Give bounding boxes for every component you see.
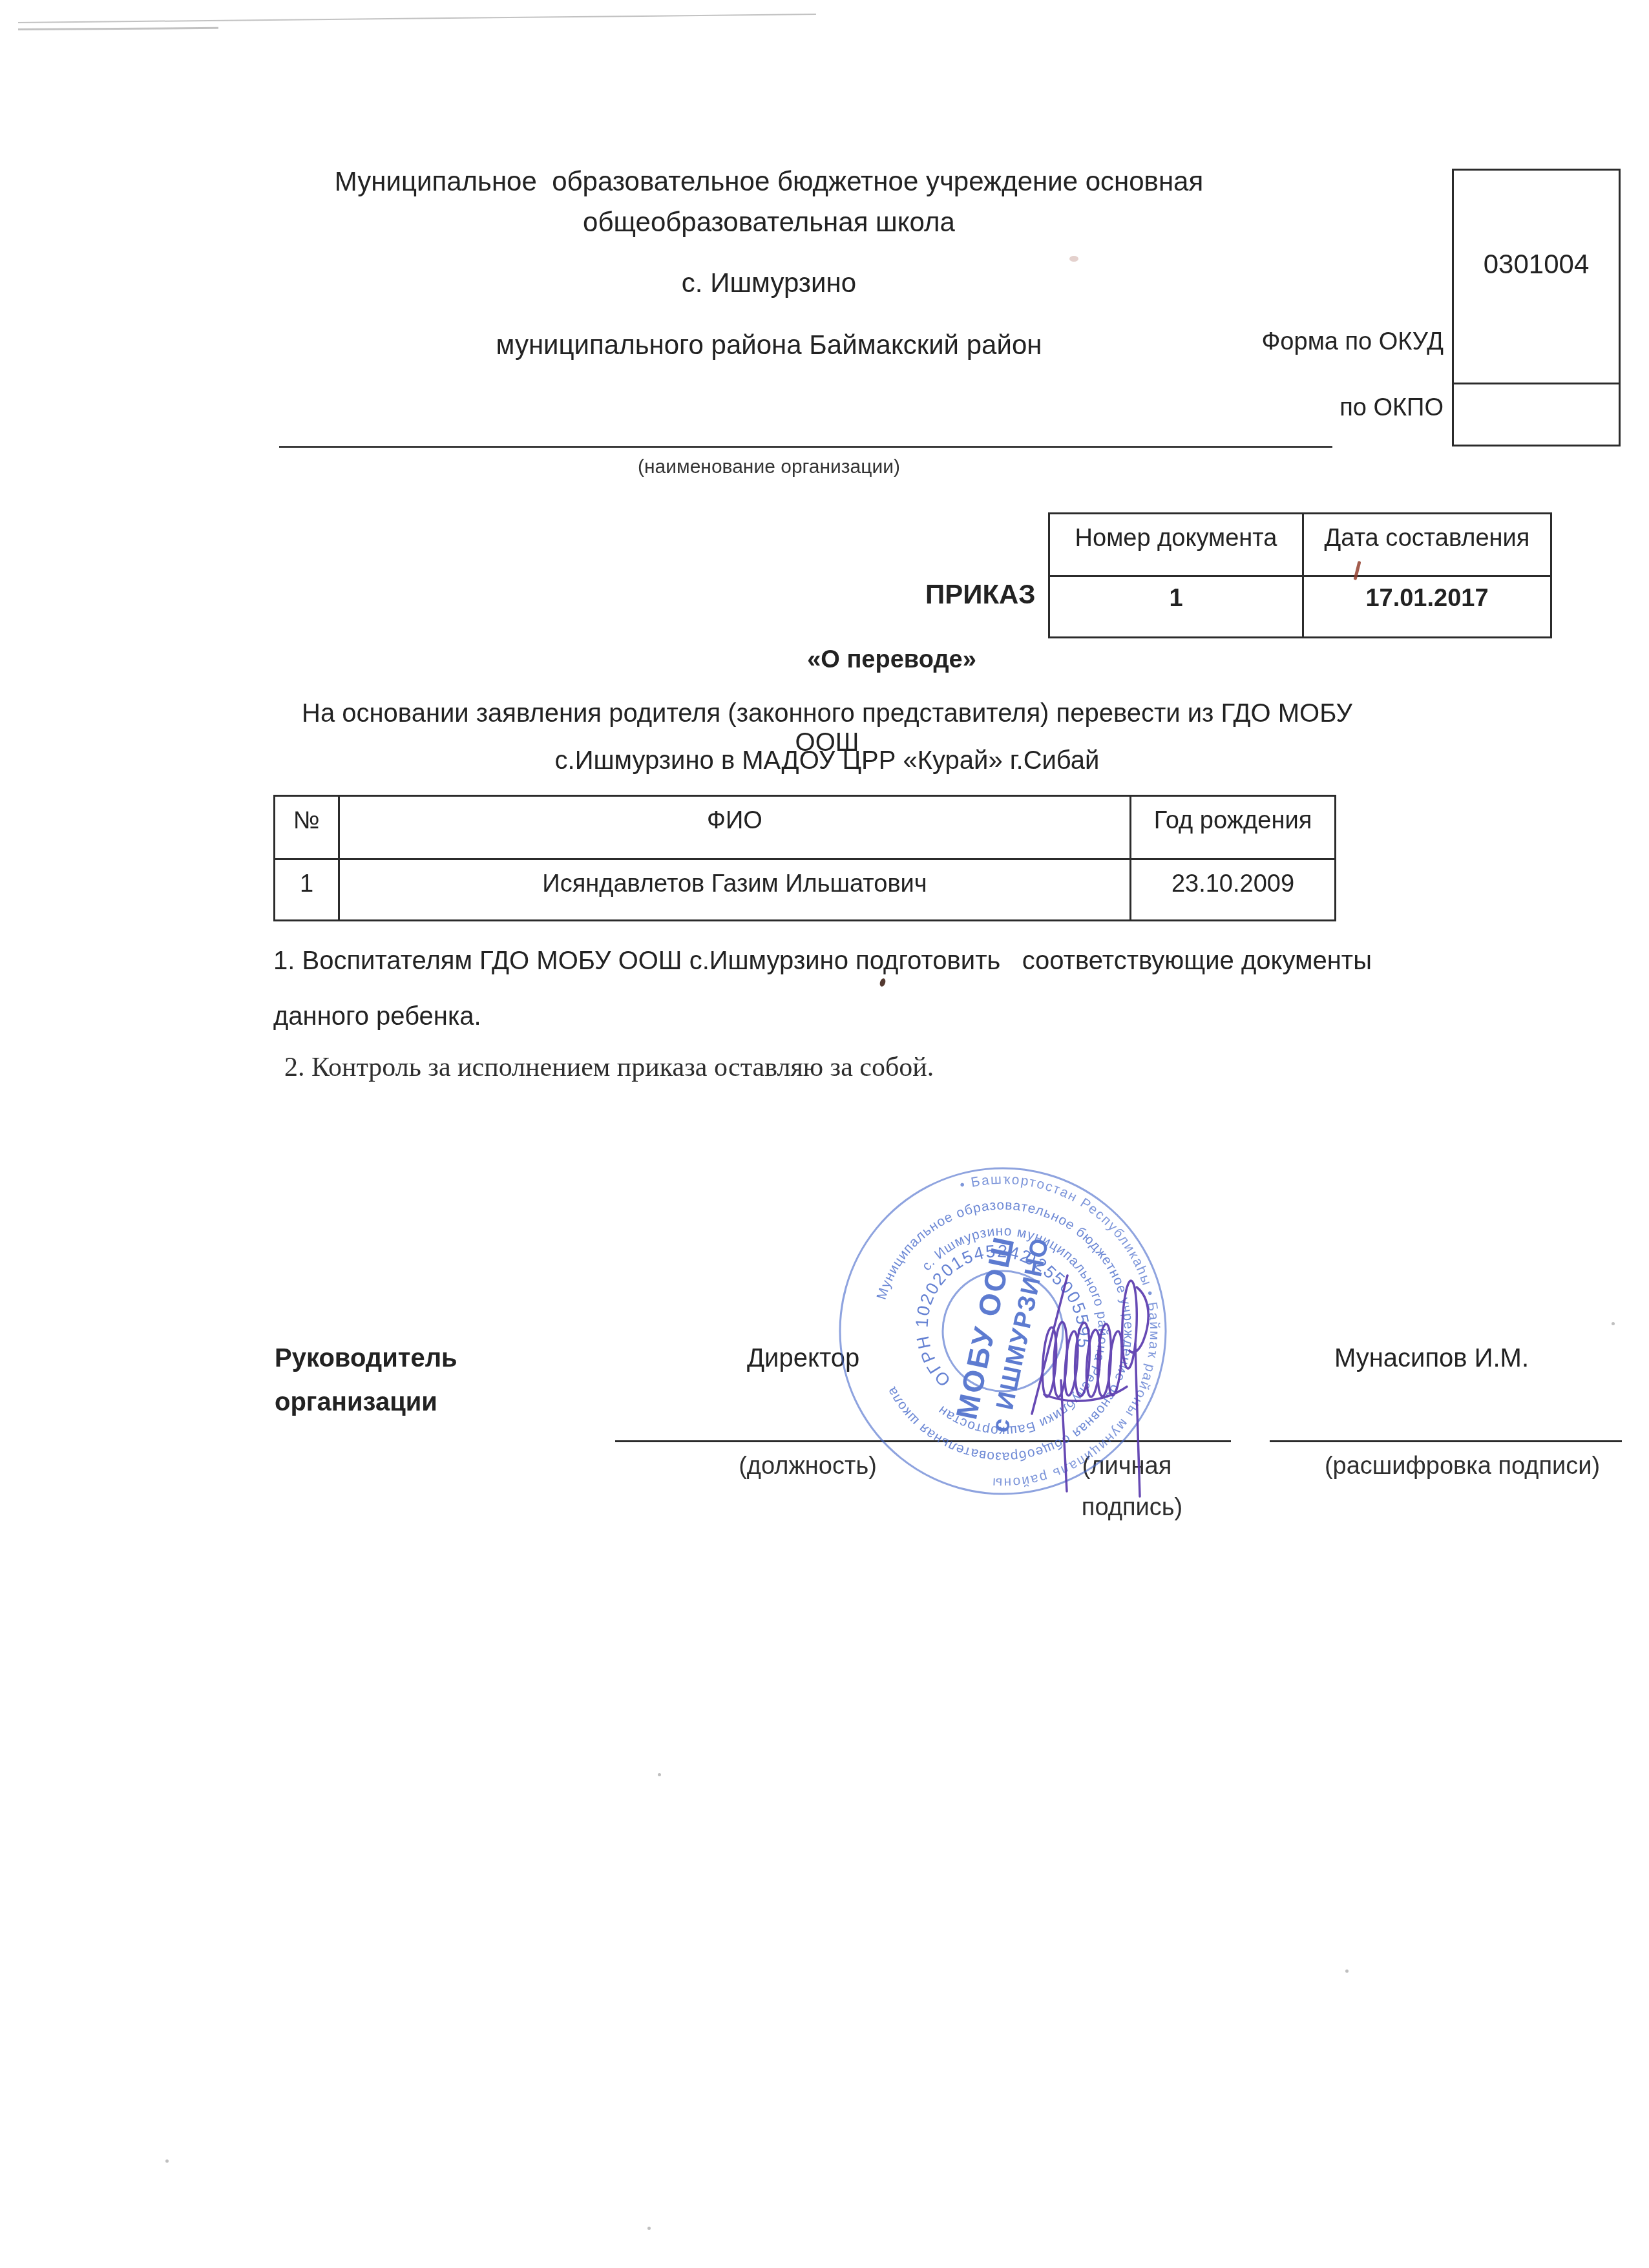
doc-date-value: 17.01.2017 bbox=[1302, 575, 1550, 636]
order-item-2: 2. Контроль за исполнением приказа остав… bbox=[284, 1052, 1447, 1083]
org-name-line-1: Муниципальное образовательное бюджетное … bbox=[252, 165, 1286, 198]
paper-speck bbox=[658, 1773, 661, 1776]
student-row-num: 1 bbox=[275, 858, 338, 919]
signature-line-right bbox=[1270, 1440, 1622, 1442]
leader-label-line-2: организации bbox=[275, 1388, 437, 1417]
scan-artifact-line bbox=[18, 14, 816, 23]
students-header-num: № bbox=[275, 797, 338, 858]
paper-speck bbox=[1069, 256, 1078, 262]
org-name-underline bbox=[279, 446, 1332, 448]
paper-speck bbox=[1345, 1969, 1349, 1973]
paper-speck bbox=[647, 2227, 651, 2230]
leader-label-line-1: Руководитель bbox=[275, 1344, 457, 1373]
doc-date-header: Дата составления bbox=[1302, 514, 1550, 575]
okud-code-value: 0301004 bbox=[1454, 249, 1619, 280]
form-codes-divider bbox=[1452, 383, 1621, 384]
students-header-fio: ФИО bbox=[338, 797, 1129, 858]
org-location-line: с. Ишмурзино bbox=[252, 266, 1286, 300]
students-table: № ФИО Год рождения 1 Исяндавлетов Газим … bbox=[273, 795, 1336, 921]
doc-number-value: 1 bbox=[1050, 575, 1302, 636]
order-title: ПРИКАЗ bbox=[925, 579, 1036, 610]
form-codes-box bbox=[1452, 169, 1621, 446]
doc-number-header: Номер документа bbox=[1050, 514, 1302, 575]
okpo-label: по ОКПО bbox=[1185, 394, 1444, 422]
student-row-year: 23.10.2009 bbox=[1129, 858, 1334, 919]
round-stamp-and-signature: • Башҡортостан Республикаһы • Баймаҡ рай… bbox=[827, 1142, 1189, 1520]
body-text-line-2: с.Ишмурзино в МАДОУ ЦРР «Курай» г.Сибай bbox=[278, 746, 1376, 775]
okud-label: Форма по ОКУД bbox=[1185, 328, 1444, 356]
paper-speck bbox=[165, 2159, 169, 2163]
paper-speck bbox=[1612, 1322, 1615, 1325]
scan-artifact-line-dark bbox=[18, 27, 218, 30]
order-subject: «О переводе» bbox=[762, 646, 1021, 674]
student-row-fio: Исяндавлетов Газим Ильшатович bbox=[338, 858, 1129, 919]
stamp-imprint: • Башҡортостан Республикаһы • Баймаҡ рай… bbox=[827, 1152, 1182, 1510]
scanned-order-document: { "page": { "org": { "lines": [ "Муницип… bbox=[0, 0, 1649, 2268]
org-name-line-2: общеобразовательная школа bbox=[252, 205, 1286, 239]
doc-number-table: Номер документа Дата составления 1 17.01… bbox=[1048, 512, 1552, 638]
signer-name: Мунасипов И.М. bbox=[1334, 1344, 1529, 1373]
org-name-caption: (наименование организации) bbox=[252, 456, 1286, 478]
transcript-caption: (расшифровка подписи) bbox=[1307, 1453, 1617, 1480]
org-district-line: муниципального района Баймакский район bbox=[252, 328, 1286, 362]
order-item-1: 1. Воспитателям ГДО МОБУ ООШ с.Ишмурзино… bbox=[273, 933, 1449, 1044]
students-header-year: Год рождения bbox=[1129, 797, 1334, 858]
